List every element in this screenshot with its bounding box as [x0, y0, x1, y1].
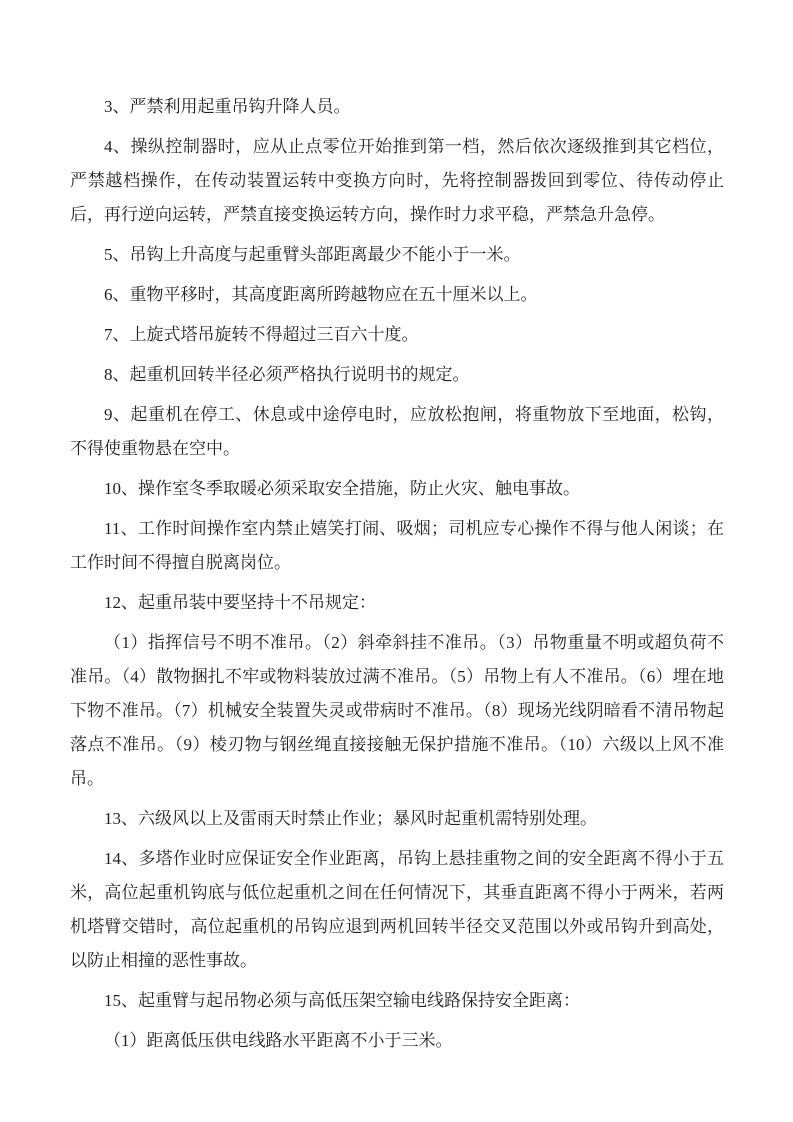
- rule-5-paragraph: 5、吊钩上升高度与起重臂头部距离最少不能小于一米。: [70, 238, 724, 272]
- rule-12-paragraph: 12、起重吊装中要坚持十不吊规定：: [70, 586, 724, 620]
- rule-12-ten-no-hoist-list: （1）指挥信号不明不准吊。（2）斜牵斜挂不准吊。（3）吊物重量不明或超负荷不准吊…: [70, 626, 724, 796]
- rule-15-item-1-paragraph: （1）距离低压供电线路水平距离不小于三米。: [70, 1024, 724, 1058]
- document-body: 3、严禁利用起重吊钩升降人员。 4、操纵控制器时，应从止点零位开始推到第一档，然…: [70, 90, 724, 1058]
- rule-4-paragraph: 4、操纵控制器时，应从止点零位开始推到第一档，然后依次逐级推到其它档位，严禁越档…: [70, 130, 724, 232]
- rule-8-paragraph: 8、起重机回转半径必须严格执行说明书的规定。: [70, 358, 724, 392]
- rule-13-paragraph: 13、六级风以上及雷雨天时禁止作业；暴风时起重机需特别处理。: [70, 802, 724, 836]
- rule-7-paragraph: 7、上旋式塔吊旋转不得超过三百六十度。: [70, 318, 724, 352]
- rule-9-paragraph: 9、起重机在停工、休息或中途停电时，应放松抱闸，将重物放下至地面，松钩，不得使重…: [70, 398, 724, 466]
- rule-10-paragraph: 10、操作室冬季取暖必须采取安全措施，防止火灾、触电事故。: [70, 472, 724, 506]
- rule-15-paragraph: 15、起重臂与起吊物必须与高低压架空输电线路保持安全距离：: [70, 984, 724, 1018]
- rule-6-paragraph: 6、重物平移时，其高度距离所跨越物应在五十厘米以上。: [70, 278, 724, 312]
- rule-3-paragraph: 3、严禁利用起重吊钩升降人员。: [70, 90, 724, 124]
- rule-11-paragraph: 11、工作时间操作室内禁止嬉笑打闹、吸烟；司机应专心操作不得与他人闲谈；在工作时…: [70, 512, 724, 580]
- document-page: 3、严禁利用起重吊钩升降人员。 4、操纵控制器时，应从止点零位开始推到第一档，然…: [0, 0, 793, 1122]
- rule-14-paragraph: 14、多塔作业时应保证安全作业距离，吊钩上悬挂重物之间的安全距离不得小于五米，高…: [70, 842, 724, 978]
